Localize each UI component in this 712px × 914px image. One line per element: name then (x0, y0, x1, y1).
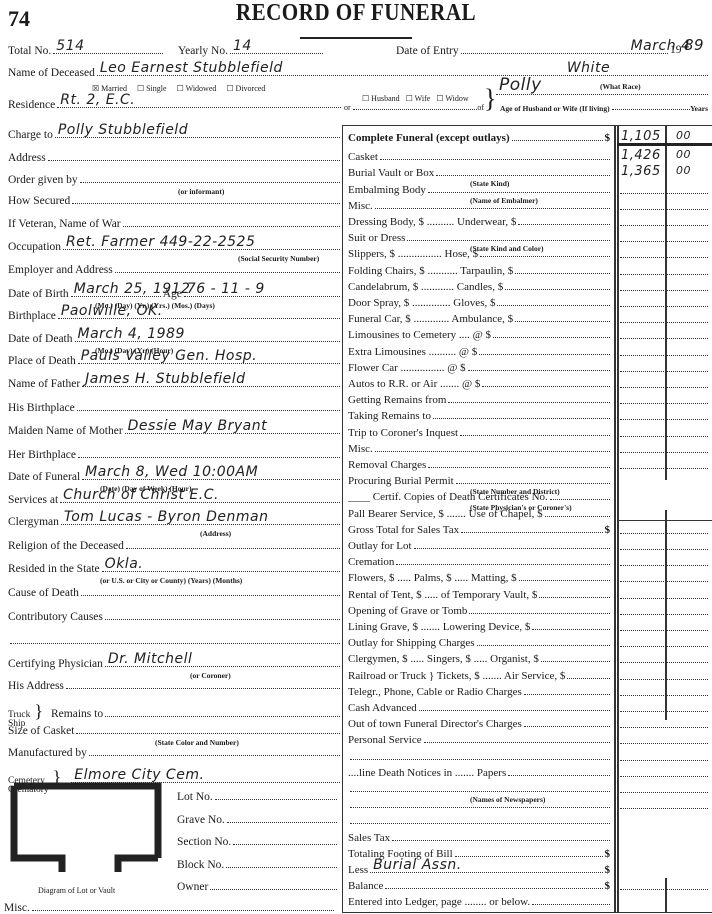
name-of-deceased-label: Name of Deceased (8, 67, 95, 79)
charge-label: Procuring Burial Permit (348, 475, 454, 487)
charge-label: Out of town Funeral Director's Charges (348, 718, 522, 730)
field-value: March 25, 1912 (74, 281, 191, 297)
spouse-type-group: ☐ Husband ☐ Wife ☐ Widow (362, 94, 469, 103)
charge-row[interactable]: Outlay for Lot (348, 540, 610, 554)
charge-row[interactable]: Extra Limousines .......... @ $ (348, 346, 610, 360)
amount-blank[interactable] (620, 808, 708, 809)
amount-blank[interactable] (620, 662, 708, 663)
charge-label: Misc. (348, 443, 373, 455)
amount-blank[interactable] (620, 419, 708, 420)
field-label: Order given by (8, 174, 78, 186)
field-order-given-by[interactable]: Order given by (8, 172, 340, 190)
brace: } (34, 701, 43, 722)
total-no-field[interactable]: Total No. 514 (8, 43, 163, 61)
amount-blank[interactable] (620, 290, 708, 291)
charge-row[interactable]: Entered into Ledger, page ........ or be… (348, 896, 610, 910)
charge-cents: 00 (676, 164, 691, 914)
charge-label: Dressing Body, $ .......... Underwear, $ (348, 216, 516, 228)
field-manufactured-by[interactable]: Manufactured by (8, 745, 340, 763)
field-label: Resided in the State (8, 563, 100, 575)
field-label: Place of Death (8, 355, 76, 367)
charge-label: Less (348, 864, 368, 876)
lot-field-label: Lot No. (177, 791, 213, 803)
charge-row[interactable]: ....line Death Notices in ....... Papers (348, 767, 610, 781)
field-address[interactable]: Address (8, 150, 340, 168)
charge-row[interactable]: Railroad or Truck } Tickets, $ ....... A… (348, 670, 610, 684)
name-of-deceased-value: Leo Earnest Stubblefield (100, 60, 283, 76)
charge-label: Removal Charges (348, 459, 426, 471)
charge-row[interactable]: Out of town Funeral Director's Charges (348, 718, 610, 732)
field-value: Pauls Valley Gen. Hosp. (81, 348, 257, 364)
field-value: Polly Stubblefield (58, 122, 188, 138)
amount-blank[interactable] (620, 338, 708, 339)
yearly-no-field[interactable]: Yearly No. 14 (178, 43, 323, 61)
field-value: Elmore City Cem. (74, 767, 204, 783)
field-value: Tom Lucas - Byron Denman (64, 509, 269, 525)
lot-field-block-no[interactable]: Block No. (177, 857, 337, 875)
field-continuation[interactable] (8, 633, 340, 651)
charge-row[interactable]: LessBurial Assn.$ (348, 864, 610, 878)
charge-label: Railroad or Truck } Tickets, $ ....... A… (348, 670, 565, 682)
field-remains-to[interactable]: TruckShip}Remains to (8, 701, 340, 719)
spouse-age-unit: Years (690, 104, 708, 113)
field-clergyman[interactable]: ClergymanTom Lucas - Byron Denman (8, 514, 340, 532)
charge-row[interactable] (348, 751, 610, 765)
spouse-age-label: Age of Husband or Wife (If living) (500, 104, 610, 113)
amount-blank[interactable] (620, 646, 708, 647)
charge-label: Limousines to Cemetery .... @ $ (348, 329, 491, 341)
field-label: His Birthplace (8, 402, 75, 414)
charge-label: Opening of Grave or Tomb (348, 605, 467, 617)
field-label: Date of Birth (8, 288, 69, 300)
cents-column-rule (665, 125, 667, 480)
lot-field-label: Owner (177, 881, 208, 893)
field-label: Employer and Address (8, 264, 113, 276)
amount-blank[interactable] (620, 581, 708, 582)
field-certifying-physician[interactable]: Certifying PhysicianDr. Mitchell (8, 656, 340, 674)
amount-blank[interactable] (620, 257, 708, 258)
charge-row[interactable]: Telegr., Phone, Cable or Radio Charges (348, 686, 610, 700)
residence-value: Rt. 2, E.C. (60, 92, 135, 108)
cents-column-rule-bottom (665, 878, 667, 913)
charge-row[interactable]: Complete Funeral (except outlays)$ (348, 132, 610, 146)
charge-label: Trip to Coroner's Inquest (348, 427, 458, 439)
charge-row[interactable]: Funeral Car, $ ............. Ambulance, … (348, 313, 610, 327)
date-of-entry-field[interactable]: Date of Entry March 4 (396, 43, 668, 61)
amount-blank[interactable] (620, 743, 708, 744)
amount-blank[interactable] (620, 387, 708, 388)
amount-blank[interactable] (620, 371, 708, 372)
spouse-name-value: Polly (499, 75, 542, 95)
total-no-label: Total No. (8, 45, 51, 57)
amount-blank[interactable] (620, 792, 708, 793)
residence-field[interactable]: Residence Rt. 2, E.C. (8, 97, 341, 115)
field-value: Okla. (105, 556, 144, 572)
amount-column-rule-2 (617, 125, 619, 913)
charge-label: Entered into Ledger, page ........ or be… (348, 896, 530, 908)
field-employer-and-address[interactable]: Employer and Address (8, 262, 340, 280)
field-value: March 8, Wed 10:00AM (85, 464, 258, 480)
field-label: Occupation (8, 241, 61, 253)
amount-blank[interactable] (620, 306, 708, 307)
field-charge-to[interactable]: Charge toPolly Stubblefield (8, 127, 340, 145)
amount-blank[interactable] (620, 355, 708, 356)
field-sublabel: (or U.S. or City or County) (Years) (Mon… (100, 576, 242, 585)
amount-blank[interactable] (620, 630, 708, 631)
charge-label: Casket (348, 151, 378, 163)
charge-row[interactable]: Misc. (348, 200, 610, 214)
field-label: If Veteran, Name of War (8, 218, 121, 230)
charge-row[interactable]: Gross Total for Sales Tax$ (348, 524, 610, 538)
amount-blank[interactable] (620, 679, 708, 680)
field-place-of-death[interactable]: Place of DeathPauls Valley Gen. Hosp. (8, 353, 340, 371)
lot-field-label: Section No. (177, 836, 231, 848)
charge-label: Gross Total for Sales Tax (348, 524, 459, 536)
field-label: Birthplace (8, 310, 56, 322)
field-label: How Secured (8, 195, 70, 207)
charge-label: Flower Car ................ @ $ (348, 362, 466, 374)
amount-blank[interactable] (620, 193, 708, 194)
dollar-sign: $ (605, 864, 611, 876)
charge-row[interactable]: Candelabrum, $ ............ Candles, $ (348, 281, 610, 295)
charge-label: Autos to R.R. or Air ....... @ $ (348, 378, 480, 390)
charge-row[interactable]: Casket (348, 151, 610, 165)
total-no-value: 514 (56, 38, 84, 54)
dollar-sign: $ (605, 848, 611, 860)
field-label: Address (8, 152, 46, 164)
amount-blank[interactable] (620, 452, 708, 453)
amount-blank[interactable] (620, 225, 708, 226)
field-birthplace[interactable]: BirthplacePaolwille, OK. (8, 308, 340, 326)
charge-label: Telegr., Phone, Cable or Radio Charges (348, 686, 522, 698)
field-name-of-father[interactable]: Name of FatherJames H. Stubblefield (8, 376, 340, 394)
checkbox-widowed[interactable]: ☐ Widowed (177, 84, 217, 93)
amount-column-rule (614, 125, 616, 913)
field-her-birthplace[interactable]: Her Birthplace (8, 447, 340, 465)
charge-row[interactable]: Removal Charges (348, 459, 610, 473)
dollar-sign: $ (605, 132, 611, 144)
checkbox-single[interactable]: ☐ Single (137, 84, 167, 93)
charge-label: Door Spray, $ .............. Gloves, $ (348, 297, 495, 309)
charge-row[interactable]: Lining Grave, $ ....... Lowering Device,… (348, 621, 610, 635)
field-value: Ret. Farmer 449-22-2525 (66, 234, 255, 250)
field-cause-of-death[interactable]: Cause of Death (8, 585, 340, 603)
field-maiden-name-of-mother[interactable]: Maiden Name of MotherDessie May Bryant (8, 423, 340, 441)
charge-row[interactable]: Folding Chairs, $ ........... Tarpaulin,… (348, 265, 610, 279)
charge-label: Embalming Body (348, 184, 426, 196)
charge-label: Getting Remains from (348, 394, 446, 406)
field-value: Dr. Mitchell (108, 651, 193, 667)
amount-blank[interactable] (620, 614, 708, 615)
charge-label: Sales Tax (348, 832, 390, 844)
field-label: His Address (8, 680, 64, 692)
lot-field-label: Block No. (177, 859, 224, 871)
charge-label: Taking Remains to (348, 410, 431, 422)
charge-label: Suit or Dress (348, 232, 405, 244)
lot-field-lot-no[interactable]: Lot No. (177, 789, 337, 807)
field-services-at[interactable]: Services atChurch of Christ E.C. (8, 492, 340, 510)
field-label: Clergyman (8, 516, 59, 528)
field-his-birthplace[interactable]: His Birthplace (8, 400, 340, 418)
field-label: Charge to (8, 129, 53, 141)
charge-row[interactable]: Taking Remains to (348, 410, 610, 424)
field-label: Name of Father (8, 378, 80, 390)
charge-row[interactable]: Misc. (348, 443, 610, 457)
field-his-address[interactable]: His Address (8, 678, 340, 696)
charge-row[interactable]: Trip to Coroner's Inquest (348, 427, 610, 441)
charge-amount: 1,365 (621, 164, 661, 914)
lot-field-grave-no[interactable]: Grave No. (177, 812, 337, 830)
charge-row[interactable]: Limousines to Cemetery .... @ $ (348, 329, 610, 343)
charge-label: Lining Grave, $ ....... Lowering Device,… (348, 621, 530, 633)
charge-row[interactable]: Slippers, $ ................ Hose, $ (348, 248, 610, 262)
charge-row[interactable]: Opening of Grave or Tomb (348, 605, 610, 619)
charge-label: ____ Certif. Copies of Death Certificate… (348, 491, 548, 503)
form-title: RECORD OF FUNERAL (43, 0, 670, 27)
amount-blank[interactable] (620, 565, 708, 566)
field-value: Church of Christ E.C. (63, 487, 219, 503)
amount-blank[interactable] (620, 322, 708, 323)
amount-blank[interactable] (620, 403, 708, 404)
charge-row[interactable]: Cremation (348, 556, 610, 570)
misc-field[interactable]: Misc. (4, 900, 334, 914)
charge-row[interactable]: Outlay for Shipping Charges (348, 637, 610, 651)
field-label: Certifying Physician (8, 658, 103, 670)
charge-label: Rental of Tent, $ ..... of Temporary Vau… (348, 589, 537, 601)
amount-blank[interactable] (620, 695, 708, 696)
charge-row[interactable]: Door Spray, $ .............. Gloves, $ (348, 297, 610, 311)
field-date-of-death[interactable]: Date of DeathMarch 4, 1989 (8, 331, 340, 349)
spouse-name-field[interactable]: Polly (494, 84, 708, 102)
field-label: Size of Casket (8, 725, 74, 737)
charge-row[interactable]: Flower Car ................ @ $ (348, 362, 610, 376)
field-value: James H. Stubblefield (85, 371, 245, 387)
charge-label: Complete Funeral (except outlays) (348, 132, 510, 144)
spouse-age-field[interactable]: Age of Husband or Wife (If living) Years (500, 104, 708, 113)
checkbox-husband[interactable]: ☐ Husband (362, 94, 400, 103)
amount-blank[interactable] (620, 889, 708, 890)
amount-blank[interactable] (620, 760, 708, 761)
field-contributory-causes[interactable]: Contributory Causes (8, 609, 340, 627)
charge-label: Folding Chairs, $ ........... Tarpaulin,… (348, 265, 513, 277)
field-label: Religion of the Deceased (8, 540, 124, 552)
field-label: Cause of Death (8, 587, 79, 599)
field-label: Contributory Causes (8, 611, 103, 623)
charge-label: Burial Vault or Box (348, 167, 434, 179)
checkbox-divorced[interactable]: ☐ Divorced (226, 84, 265, 93)
field-religion-of-the-deceased[interactable]: Religion of the Deceased (8, 538, 340, 556)
charge-row[interactable]: Balance$ (348, 880, 610, 894)
charge-row[interactable]: Sales Tax (348, 832, 610, 846)
spouse-of-field[interactable]: or of (344, 103, 484, 121)
amount-blank[interactable] (620, 274, 708, 275)
lot-field-section-no[interactable]: Section No. (177, 834, 337, 852)
yearly-no-value: 14 (233, 38, 252, 54)
charge-row[interactable]: Flowers, $ ..... Palms, $ ..... Matting,… (348, 572, 610, 586)
field-value: Paolwille, OK. (61, 303, 163, 319)
lot-field-label: Grave No. (177, 814, 225, 826)
charge-row[interactable]: Getting Remains from (348, 394, 610, 408)
amount-blank[interactable] (620, 209, 708, 210)
charge-label: Funeral Car, $ ............. Ambulance, … (348, 313, 513, 325)
charge-row[interactable]: Autos to R.R. or Air ....... @ $ (348, 378, 610, 392)
charge-row[interactable]: Dressing Body, $ .......... Underwear, $ (348, 216, 610, 230)
field-if-veteran-name-of-war[interactable]: If Veteran, Name of War (8, 216, 340, 234)
page-number: 74 (8, 6, 30, 32)
charge-label: Outlay for Lot (348, 540, 412, 552)
field-sublabel: (Address) (200, 529, 231, 538)
year-prefix: 19 (670, 44, 682, 56)
charge-label: Misc. (348, 200, 373, 212)
field-label: Maiden Name of Mother (8, 425, 123, 437)
charge-label: Outlay for Shipping Charges (348, 637, 475, 649)
residence-label: Residence (8, 99, 55, 111)
charge-row[interactable]: Cash Advanced (348, 702, 610, 716)
name-of-deceased-field[interactable]: Name of Deceased Leo Earnest Stubblefiel… (8, 65, 708, 83)
charge-label: Personal Service (348, 734, 422, 746)
amount-blank[interactable] (620, 468, 708, 469)
charge-label: Cremation (348, 556, 394, 568)
charge-row[interactable] (348, 815, 610, 829)
yearly-no-label: Yearly No. (178, 45, 228, 57)
charge-label: Flowers, $ ..... Palms, $ ..... Matting,… (348, 572, 517, 584)
checkbox-wife[interactable]: ☐ Wife (406, 94, 431, 103)
race-value: White (567, 60, 610, 76)
title-underline (300, 37, 412, 39)
dollar-sign: $ (605, 880, 611, 892)
checkbox-widow[interactable]: ☐ Widow (436, 94, 468, 103)
of-label: of (477, 103, 484, 112)
field-label: Manufactured by (8, 747, 87, 759)
field-label: Remains to (51, 708, 103, 720)
field-label: Her Birthplace (8, 449, 76, 461)
age-value: 76 - 11 - 9 (187, 281, 265, 297)
charge-label: Balance (348, 880, 383, 892)
amount-blank[interactable] (620, 533, 708, 534)
misc-label: Misc. (4, 902, 30, 914)
field-label: Services at (8, 494, 58, 506)
diagram-caption: Diagram of Lot or Vault (38, 886, 115, 895)
amount-blank[interactable] (620, 711, 708, 712)
charge-label: Extra Limousines .......... @ $ (348, 346, 477, 358)
lot-diagram (10, 782, 162, 864)
charge-label: Cash Advanced (348, 702, 417, 714)
amount-blank[interactable] (620, 549, 708, 550)
amount-blank[interactable] (620, 598, 708, 599)
cents-column-rule-lower (665, 510, 667, 720)
charge-label: Slippers, $ ................ Hose, $ (348, 248, 478, 260)
field-label: Date of Funeral (8, 471, 80, 483)
charge-row[interactable]: Clergymen, $ ..... Singers, $ ..... Orga… (348, 653, 610, 667)
charge-row[interactable]: Rental of Tent, $ ..... of Temporary Vau… (348, 589, 610, 603)
amount-blank[interactable] (620, 436, 708, 437)
field-label: Date of Death (8, 333, 73, 345)
amount-blank[interactable] (620, 241, 708, 242)
or-label: or (344, 103, 351, 112)
field-value: Dessie May Bryant (128, 418, 267, 434)
amount-blank[interactable] (620, 776, 708, 777)
lot-field-owner[interactable]: Owner (177, 879, 337, 897)
charge-label: ....line Death Notices in ....... Papers (348, 767, 506, 779)
charge-row[interactable] (348, 799, 610, 813)
field-value: March 4, 1989 (78, 326, 185, 342)
charge-label: Pall Bearer Service, $ ....... Use of Ch… (348, 508, 543, 520)
dollar-sign: $ (605, 524, 611, 536)
charge-row[interactable]: Personal Service (348, 734, 610, 748)
date-of-entry-label: Date of Entry (396, 45, 459, 57)
charge-label: Candelabrum, $ ............ Candles, $ (348, 281, 503, 293)
charge-note: Burial Assn. (373, 857, 462, 873)
amount-blank[interactable] (620, 727, 708, 728)
field-how-secured[interactable]: How Secured (8, 193, 340, 211)
charge-row[interactable]: Pall Bearer Service, $ ....... Use of Ch… (348, 508, 610, 522)
charge-label: Clergymen, $ ..... Singers, $ ..... Orga… (348, 653, 539, 665)
